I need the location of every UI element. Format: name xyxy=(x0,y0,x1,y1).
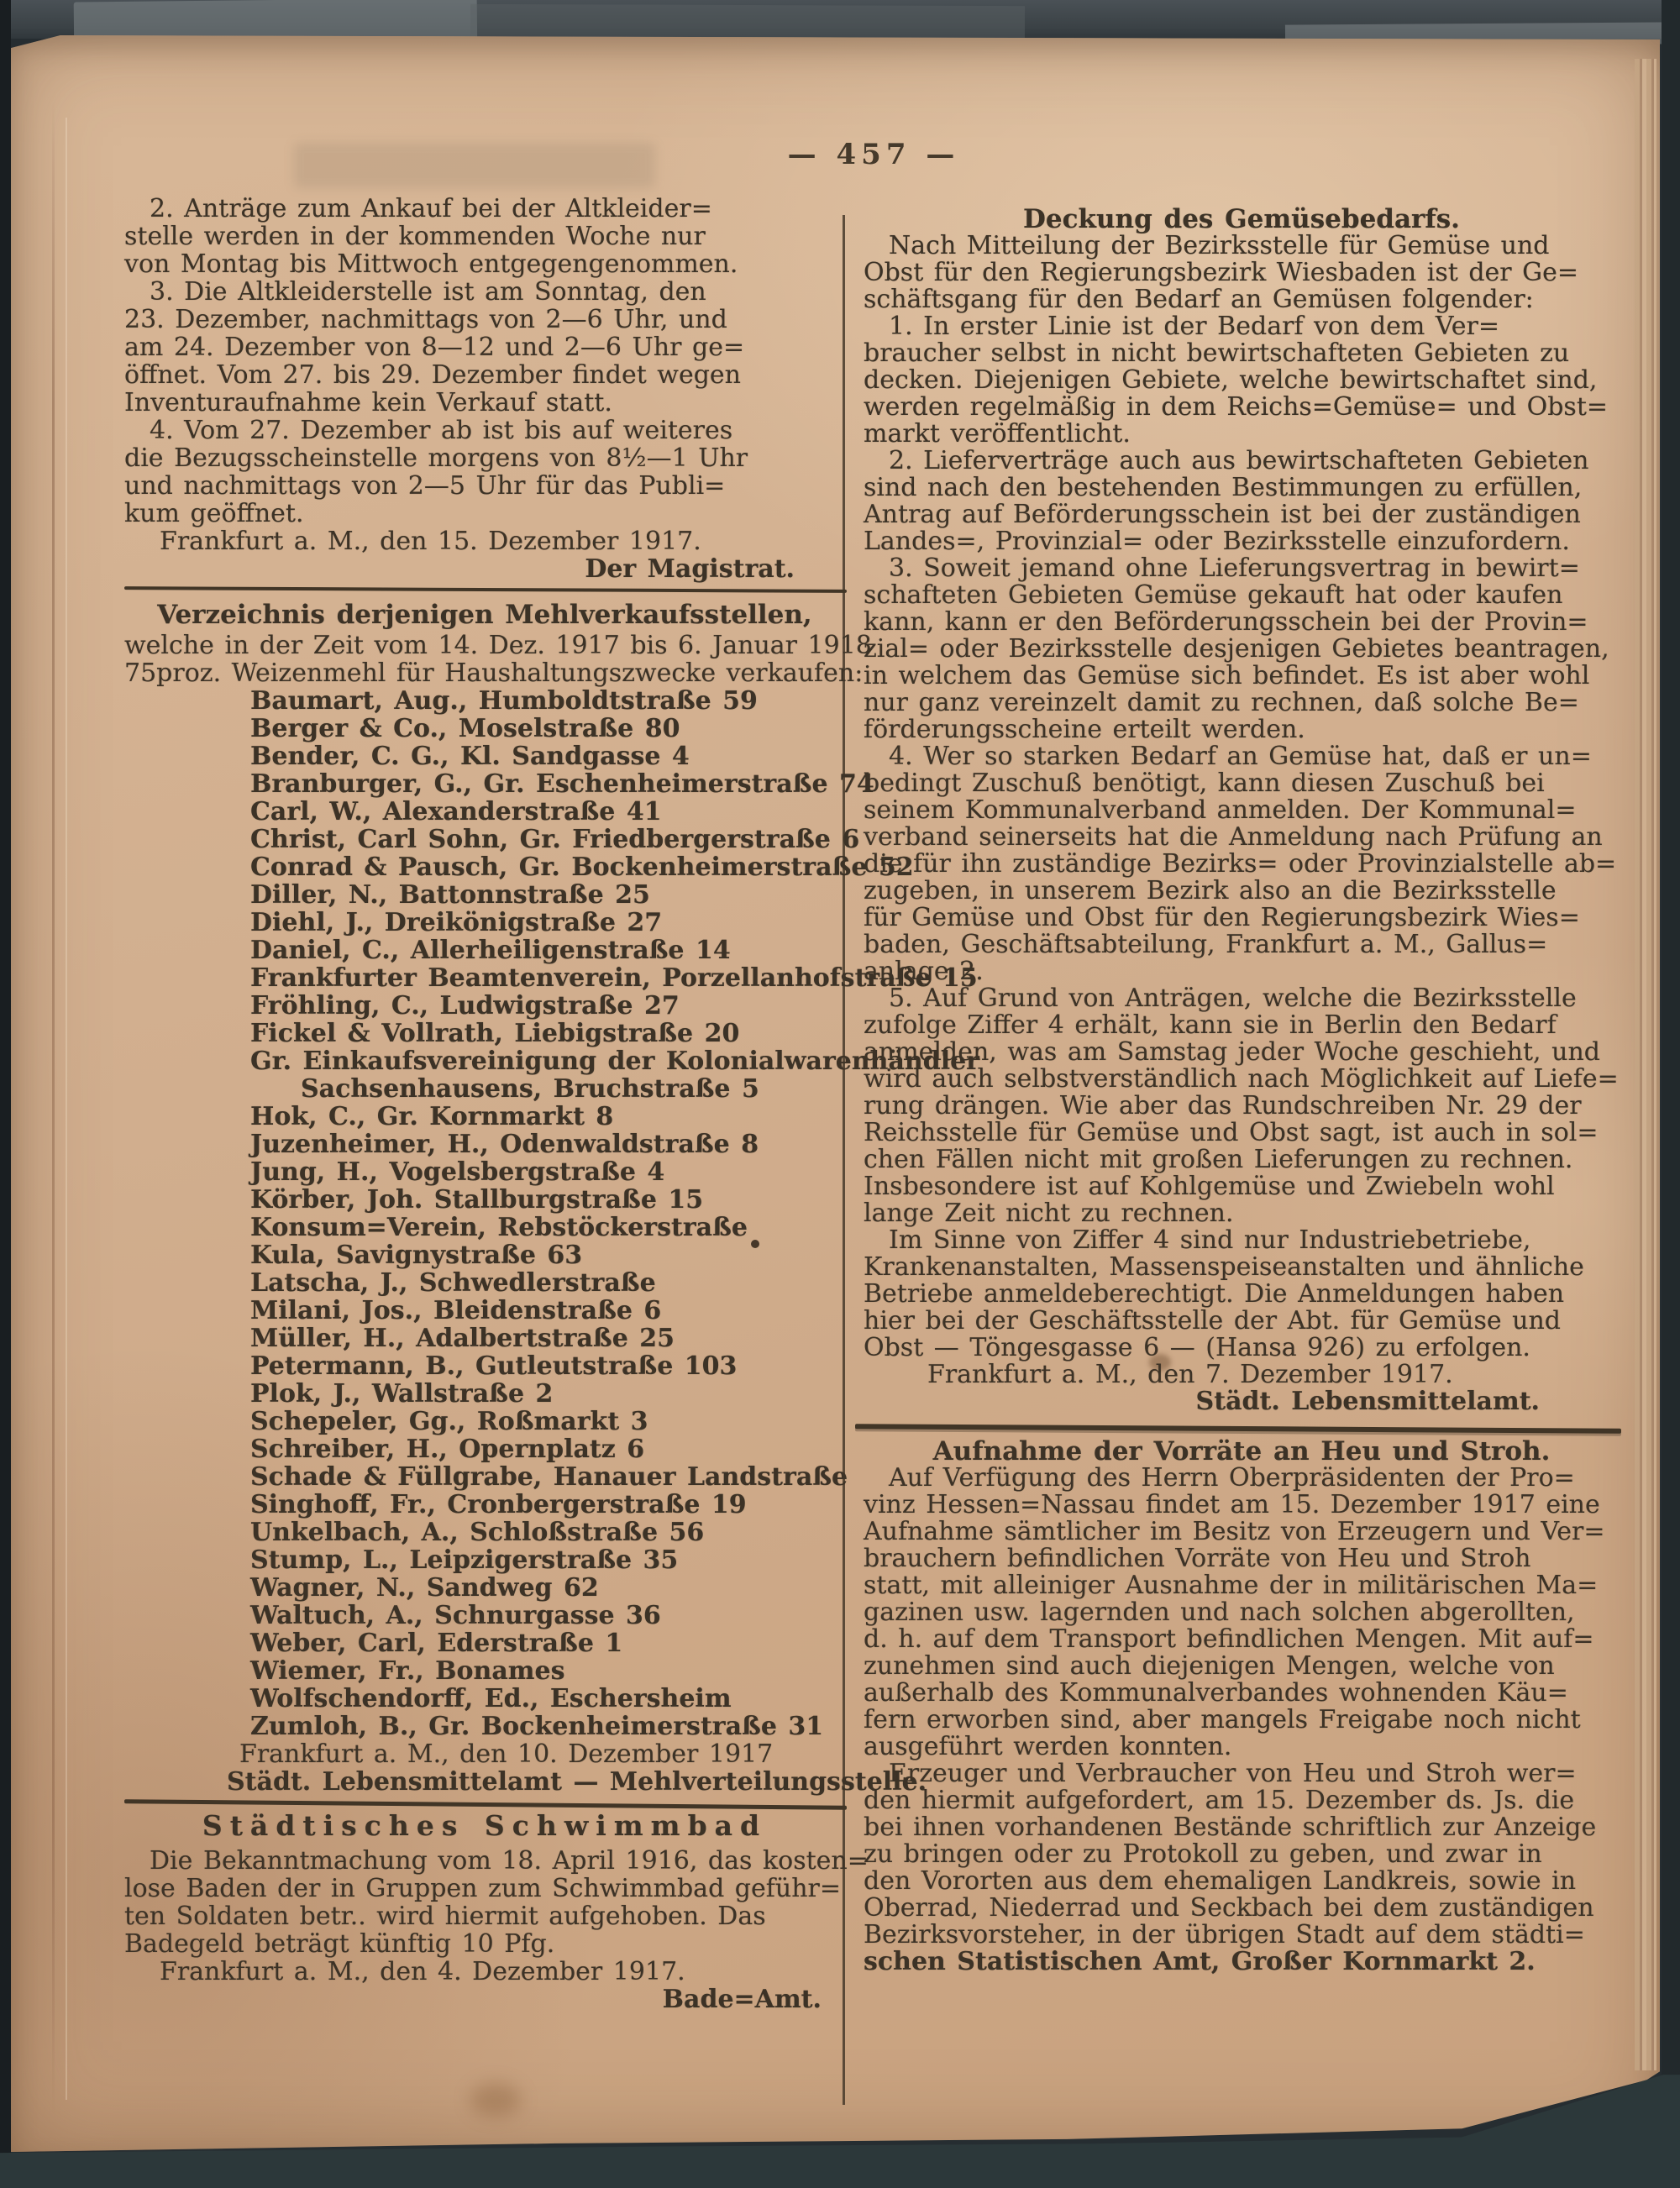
text-line: 3. Soweit jemand ohne Lieferungsvertrag … xyxy=(864,555,1620,582)
text-line: Erzeuger und Verbraucher von Heu und Str… xyxy=(864,1760,1620,1787)
text-line: schäftsgang für den Bedarf an Gemüsen fo… xyxy=(864,286,1620,313)
list-item: Petermann, B., Gutleutstraße 103 xyxy=(124,1352,845,1380)
list-item: Unkelbach, A., Schloßstraße 56 xyxy=(124,1519,845,1546)
text-line: anmelden, was am Samstag jeder Woche ges… xyxy=(864,1039,1620,1066)
text-line: zufolge Ziffer 4 erhält, kann sie in Ber… xyxy=(864,1012,1620,1039)
text-line: braucher selbst in nicht bewirtschaftete… xyxy=(864,340,1620,367)
text-line: 4. Wer so starken Bedarf an Gemüse hat, … xyxy=(864,743,1620,770)
list-item: Wiemer, Fr., Bonames xyxy=(124,1657,845,1685)
text-line: außerhalb des Kommunalverbandes wohnende… xyxy=(864,1680,1620,1707)
text-line: markt veröffentlicht. xyxy=(864,421,1620,448)
schwimmbad-notice: Städtisches Schwimmbad Die Bekanntmachun… xyxy=(124,1812,845,2013)
text-line: die Bezugsscheinstelle morgens von 8½—1 … xyxy=(124,444,845,472)
list-item: Schepeler, Gg., Roßmarkt 3 xyxy=(124,1408,845,1435)
text-line: fern erworben sind, aber mangels Freigab… xyxy=(864,1707,1620,1734)
signature: Städt. Lebensmittelamt. xyxy=(864,1388,1620,1415)
altkleider-notice: 2. Anträge zum Ankauf bei der Altkleider… xyxy=(124,195,845,583)
text-line: zu bringen oder zu Protokoll zu geben, u… xyxy=(864,1841,1620,1868)
text-line: 75proz. Weizenmehl für Haushaltungszweck… xyxy=(124,659,845,687)
text-line: 1. In erster Linie ist der Bedarf von de… xyxy=(864,313,1620,340)
section-heading: Verzeichnis derjenigen Mehlverkaufsstell… xyxy=(124,601,845,632)
text-line: den hiermit aufgefordert, am 15. Dezembe… xyxy=(864,1787,1620,1814)
notice-body: Nach Mitteilung der Bezirksstelle für Ge… xyxy=(864,233,1620,1362)
text-line: 2. Anträge zum Ankauf bei der Altkleider… xyxy=(124,195,845,223)
list-item: Latscha, J., Schwedlerstraße xyxy=(124,1269,845,1297)
text-line: statt, mit alleiniger Ausnahme der in mi… xyxy=(864,1572,1620,1599)
text-line: förderungsscheine erteilt werden. xyxy=(864,716,1620,743)
list-item: Singhoff, Fr., Cronbergerstraße 19 xyxy=(124,1491,845,1519)
list-item: Körber, Joh. Stallburgstraße 15 xyxy=(124,1186,845,1214)
notice-body: Die Bekanntmachung vom 18. April 1916, d… xyxy=(124,1847,845,1958)
list-item: Zumloh, B., Gr. Bockenheimerstraße 31 xyxy=(124,1713,845,1740)
list-item: Baumart, Aug., Humboldtstraße 59 xyxy=(124,687,845,715)
text-line: die für ihn zuständige Bezirks= oder Pro… xyxy=(864,851,1620,878)
mehl-list-section: Verzeichnis derjenigen Mehlverkaufsstell… xyxy=(124,601,845,1796)
text-line: den Vororten aus dem ehemaligen Landkrei… xyxy=(864,1868,1620,1895)
text-line: rung drängen. Wie aber das Rundschreiben… xyxy=(864,1093,1620,1120)
flour-shop-list: Baumart, Aug., Humboldtstraße 59Berger &… xyxy=(124,687,845,1740)
list-item: Diehl, J., Dreikönigstraße 27 xyxy=(124,909,845,937)
crease-highlight xyxy=(66,118,67,2100)
book-cover-left-band xyxy=(0,0,11,2188)
list-item: Fickel & Vollrath, Liebigstraße 20 xyxy=(124,1020,845,1047)
text-line: vinz Hessen=Nassau findet am 15. Dezembe… xyxy=(864,1492,1620,1519)
notice-body: Auf Verfügung des Herrn Oberpräsidenten … xyxy=(864,1465,1620,1975)
text-line: 4. Vom 27. Dezember ab ist bis auf weite… xyxy=(124,417,845,444)
list-item: Conrad & Pausch, Gr. Bockenheimerstraße … xyxy=(124,853,845,881)
text-line: kum geöffnet. xyxy=(124,500,845,527)
text-line: kann, kann er den Beförderungsschein bei… xyxy=(864,609,1620,636)
list-item: Waltuch, A., Schnurgasse 36 xyxy=(124,1602,845,1629)
text-line: bedingt Zuschuß benötigt, kann diesen Zu… xyxy=(864,770,1620,797)
text-line: baden, Geschäftsabteilung, Frankfurt a. … xyxy=(864,931,1620,958)
section-heading: Aufnahme der Vorräte an Heu und Stroh. xyxy=(864,1438,1620,1465)
list-item: Gr. Einkaufsvereinigung der Kolonialware… xyxy=(124,1047,845,1075)
text-line: 23. Dezember, nachmittags von 2—6 Uhr, u… xyxy=(124,306,845,333)
list-item: Schreiber, H., Opernplatz 6 xyxy=(124,1435,845,1463)
text-line: öffnet. Vom 27. bis 29. Dezember findet … xyxy=(124,361,845,389)
list-item: Milani, Jos., Bleidenstraße 6 xyxy=(124,1297,845,1325)
text-line: Nach Mitteilung der Bezirksstelle für Ge… xyxy=(864,233,1620,260)
list-item: Wagner, N., Sandweg 62 xyxy=(124,1574,845,1602)
text-line: zial= oder Bezirksstelle desjenigen Gebi… xyxy=(864,636,1620,663)
list-item: Hok, C., Gr. Kornmarkt 8 xyxy=(124,1103,845,1131)
text-line: ausgeführt werden konnten. xyxy=(864,1734,1620,1760)
text-line: nur ganz vereinzelt damit zu rechnen, da… xyxy=(864,690,1620,716)
list-item: Carl, W., Alexanderstraße 41 xyxy=(124,798,845,826)
list-item: Daniel, C., Allerheiligenstraße 14 xyxy=(124,937,845,964)
text-line: Antrag auf Beförderungsschein ist bei de… xyxy=(864,501,1620,528)
text-line: Auf Verfügung des Herrn Oberpräsidenten … xyxy=(864,1465,1620,1492)
text-line: für Gemüse und Obst für den Regierungsbe… xyxy=(864,905,1620,931)
text-line: und nachmittags von 2—5 Uhr für das Publ… xyxy=(124,472,845,500)
text-line: schafteten Gebieten Gemüse gekauft hat o… xyxy=(864,582,1620,609)
text-line: bei ihnen vorhandenen Bestände schriftli… xyxy=(864,1814,1620,1841)
text-line: hier bei der Geschäftsstelle der Abt. fü… xyxy=(864,1308,1620,1335)
page-edge-stack xyxy=(1635,59,1656,2070)
list-item: Müller, H., Adalbertstraße 25 xyxy=(124,1325,845,1352)
crease-line xyxy=(52,101,55,2117)
heu-stroh-notice: Aufnahme der Vorräte an Heu und Stroh. A… xyxy=(864,1438,1620,1975)
text-line: 5. Auf Grund von Anträgen, welche die Be… xyxy=(864,985,1620,1012)
text-line: Krankenanstalten, Massenspeiseanstalten … xyxy=(864,1254,1620,1281)
list-item: Weber, Carl, Ederstraße 1 xyxy=(124,1629,845,1657)
list-item: Frankfurter Beamtenverein, Porzellanhofs… xyxy=(124,964,845,992)
text-line: verband seinerseits hat die Anmeldung na… xyxy=(864,824,1620,851)
signature: Städt. Lebensmittelamt — Mehlverteilungs… xyxy=(124,1768,845,1796)
signature: Bade=Amt. xyxy=(124,1986,845,2013)
date-line: Frankfurt a. M., den 4. Dezember 1917. xyxy=(124,1958,845,1986)
list-item: Christ, Carl Sohn, Gr. Friedbergerstraße… xyxy=(124,826,845,853)
text-line: schen Statistischen Amt, Großer Kornmark… xyxy=(864,1949,1620,1975)
text-line: welche in der Zeit vom 14. Dez. 1917 bis… xyxy=(124,632,845,659)
date-line: Frankfurt a. M., den 15. Dezember 1917. xyxy=(124,527,845,555)
text-line: in welchem das Gemüse sich befindet. Es … xyxy=(864,663,1620,690)
signature: Der Magistrat. xyxy=(124,555,845,583)
text-line: zugeben, in unserem Bezirk also an die B… xyxy=(864,878,1620,905)
book-cover-right-band xyxy=(1662,0,1680,2188)
text-line: Im Sinne von Ziffer 4 sind nur Industrie… xyxy=(864,1227,1620,1254)
text-line: Reichsstelle für Gemüse und Obst sagt, i… xyxy=(864,1120,1620,1146)
text-line: brauchern befindlichen Vorräte von Heu u… xyxy=(864,1545,1620,1572)
scanned-newspaper-page: — 457 — 2. Anträge zum Ankauf bei der Al… xyxy=(0,0,1680,2188)
list-item: Fröhling, C., Ludwigstraße 27 xyxy=(124,992,845,1020)
text-line: d. h. auf dem Transport befindlichen Men… xyxy=(864,1626,1620,1653)
text-line: Obst für den Regierungsbezirk Wiesbaden … xyxy=(864,260,1620,286)
list-item: Bender, C. G., Kl. Sandgasse 4 xyxy=(124,742,845,770)
list-item: Stump, L., Leipzigerstraße 35 xyxy=(124,1546,845,1574)
list-item: Branburger, G., Gr. Eschenheimerstraße 7… xyxy=(124,770,845,798)
list-item: Kula, Savignystraße 63 xyxy=(124,1241,845,1269)
list-item: Juzenheimer, H., Odenwaldstraße 8 xyxy=(124,1131,845,1158)
text-line: Aufnahme sämtlicher im Besitz von Erzeug… xyxy=(864,1519,1620,1545)
section-intro: welche in der Zeit vom 14. Dez. 1917 bis… xyxy=(124,632,845,687)
list-item: Konsum=Verein, Rebstöckerstraße xyxy=(124,1214,845,1241)
text-line: werden regelmäßig in dem Reichs=Gemüse= … xyxy=(864,394,1620,421)
text-line: Obst — Töngesgasse 6 — (Hansa 926) zu er… xyxy=(864,1335,1620,1362)
stain xyxy=(470,2083,521,2117)
text-line: Landes=, Provinzial= oder Bezirksstelle … xyxy=(864,528,1620,555)
text-line: sind nach den bestehenden Bestimmungen z… xyxy=(864,475,1620,501)
date-line: Frankfurt a. M., den 7. Dezember 1917. xyxy=(864,1362,1620,1388)
section-heading: Städtisches Schwimmbad xyxy=(124,1812,845,1847)
text-line: Oberrad, Niederrad und Seckbach bei dem … xyxy=(864,1895,1620,1922)
list-item: Wolfschendorff, Ed., Eschersheim xyxy=(124,1685,845,1713)
text-line: stelle werden in der kommenden Woche nur xyxy=(124,223,845,250)
list-item: Plok, J., Wallstraße 2 xyxy=(124,1380,845,1408)
text-line: anlage 2. xyxy=(864,958,1620,985)
text-line: am 24. Dezember von 8—12 und 2—6 Uhr ge= xyxy=(124,333,845,361)
ghost-print-through xyxy=(294,143,655,188)
text-line: von Montag bis Mittwoch entgegengenommen… xyxy=(124,250,845,278)
list-item: Jung, H., Vogelsbergstraße 4 xyxy=(124,1158,845,1186)
list-item: Sachsenhausens, Bruchstraße 5 xyxy=(124,1075,845,1103)
list-item: Schade & Füllgrabe, Hanauer Landstraße xyxy=(124,1463,845,1491)
text-line: Betriebe anmeldeberechtigt. Die Anmeldun… xyxy=(864,1281,1620,1308)
gemuese-notice: Deckung des Gemüsebedarfs. Nach Mitteilu… xyxy=(864,206,1620,1415)
notice-body: 2. Anträge zum Ankauf bei der Altkleider… xyxy=(124,195,845,527)
text-line: lose Baden der in Gruppen zum Schwimmbad… xyxy=(124,1875,845,1902)
text-line: wird auch selbstverständlich nach Möglic… xyxy=(864,1066,1620,1093)
text-line: 2. Lieferverträge auch aus bewirtschafte… xyxy=(864,448,1620,475)
text-line: ten Soldaten betr.. wird hiermit aufgeho… xyxy=(124,1902,845,1930)
list-item: Berger & Co., Moselstraße 80 xyxy=(124,715,845,742)
text-line: zunehmen sind auch diejenigen Mengen, we… xyxy=(864,1653,1620,1680)
date-line: Frankfurt a. M., den 10. Dezember 1917 xyxy=(124,1740,845,1768)
text-line: Bezirksvorsteher, in der übrigen Stadt a… xyxy=(864,1922,1620,1949)
text-line: gazinen usw. lagernden und nach solchen … xyxy=(864,1599,1620,1626)
list-item: Diller, N., Battonnstraße 25 xyxy=(124,881,845,909)
text-line: 3. Die Altkleiderstelle ist am Sonntag, … xyxy=(124,278,845,306)
section-heading: Deckung des Gemüsebedarfs. xyxy=(864,206,1620,233)
text-line: Badegeld beträgt künftig 10 Pfg. xyxy=(124,1930,845,1958)
text-line: decken. Diejenigen Gebiete, welche bewir… xyxy=(864,367,1620,394)
page-number: — 457 — xyxy=(756,138,991,171)
text-line: Die Bekanntmachung vom 18. April 1916, d… xyxy=(124,1847,845,1875)
text-line: lange Zeit nicht zu rechnen. xyxy=(864,1200,1620,1227)
text-line: seinem Kommunalverband anmelden. Der Kom… xyxy=(864,797,1620,824)
text-line: Insbesondere ist auf Kohlgemüse und Zwie… xyxy=(864,1173,1620,1200)
text-line: chen Fällen nicht mit großen Lieferungen… xyxy=(864,1146,1620,1173)
text-line: Inventuraufnahme kein Verkauf statt. xyxy=(124,389,845,417)
